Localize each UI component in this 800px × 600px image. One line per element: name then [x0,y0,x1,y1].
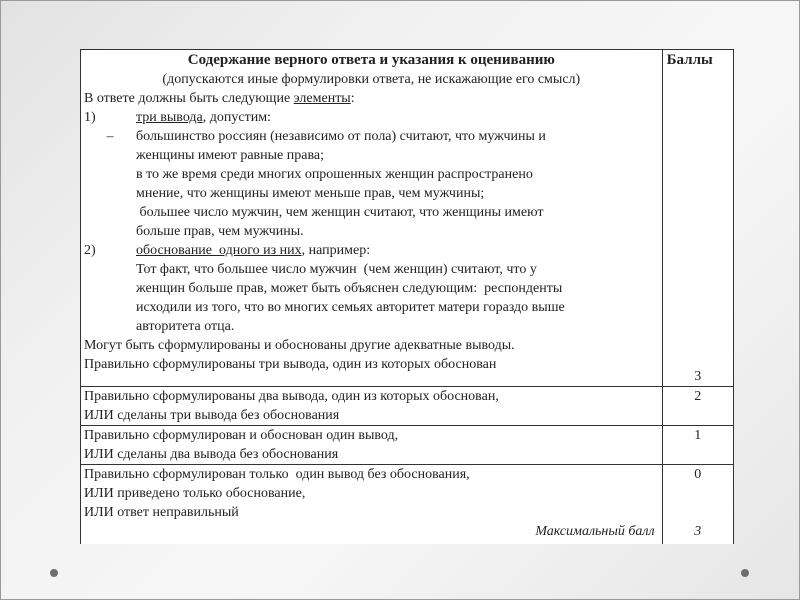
score-header-label: Баллы [667,52,713,68]
answer-elements-block: В ответе должны быть следующие элементы:… [84,89,659,374]
table-row: Правильно сформулирован только один выво… [81,465,734,545]
score-cell: 1 [662,426,733,465]
item2-line: исходили из того, что во многих семьях а… [84,298,659,317]
score-cell: 2 [662,387,733,426]
score-cell: 0 3 [662,465,733,545]
grading-rubric-table: Содержание верного ответа и указания к о… [80,49,734,544]
item1-line: большее число мужчин, чем женщин считают… [84,203,659,222]
criterion-line: ИЛИ ответ неправильный [84,503,659,522]
other-conclusions-note: Могут быть сформулированы и обоснованы д… [84,336,659,355]
criterion-cell: Правильно сформулированы два вывода, оди… [81,387,663,426]
criterion-line: ИЛИ приведено только обоснование, [84,484,659,503]
justification-underlined: обоснование одного из них [136,243,302,258]
score-3-criterion: Правильно сформулированы три вывода, оди… [84,355,659,374]
criterion-cell: Правильно сформулирован только один выво… [81,465,663,545]
score-header-cell: Баллы 3 [662,50,733,387]
item1-line: больше прав, чем мужчины. [84,222,659,241]
item2-line: женщин больше прав, может быть объяснен … [84,279,659,298]
elements-underlined: элементы [294,91,351,106]
criterion-line: ИЛИ сделаны два вывода без обоснования [84,445,659,464]
item1-line: –большинство россиян (независимо от пола… [84,127,659,146]
table-row: Правильно сформулирован и обоснован один… [81,426,734,465]
criterion-line: Правильно сформулирован только один выво… [84,465,659,484]
item1-line: мнение, что женщины имеют меньше прав, ч… [84,184,659,203]
score-value: 3 [663,367,733,386]
decorative-dot-right [741,569,749,577]
content-header-cell: Содержание верного ответа и указания к о… [81,50,663,387]
three-conclusions-underlined: три вывода [136,110,203,125]
decorative-dot-left [50,569,58,577]
item1-heading: 1)три вывода, допустим: [84,108,659,127]
table-row: Правильно сформулированы два вывода, оди… [81,387,734,426]
slide-background: Содержание верного ответа и указания к о… [0,0,800,600]
criterion-line: Правильно сформулирован и обоснован один… [84,426,659,445]
table-header-row: Содержание верного ответа и указания к о… [81,50,734,387]
content-header-note: (допускаются иные формулировки ответа, н… [84,70,659,89]
item1-line: женщины имеют равные права; [84,146,659,165]
item2-line: авторитета отца. [84,317,659,336]
item1-line: в то же время среди многих опрошенных же… [84,165,659,184]
criterion-cell: Правильно сформулирован и обоснован один… [81,426,663,465]
criterion-line: ИЛИ сделаны три вывода без обоснования [84,406,659,425]
item2-heading: 2)обоснование одного из них, например: [84,241,659,260]
item2-line: Тот факт, что большее число мужчин (чем … [84,260,659,279]
criterion-line: Правильно сформулированы два вывода, оди… [84,387,659,406]
intro-line: В ответе должны быть следующие элементы: [84,89,659,108]
max-score-label: Максимальный балл [84,522,659,541]
score-value: 0 [666,465,730,484]
content-header-title: Содержание верного ответа и указания к о… [84,51,659,70]
max-score-value: 3 [666,522,730,541]
